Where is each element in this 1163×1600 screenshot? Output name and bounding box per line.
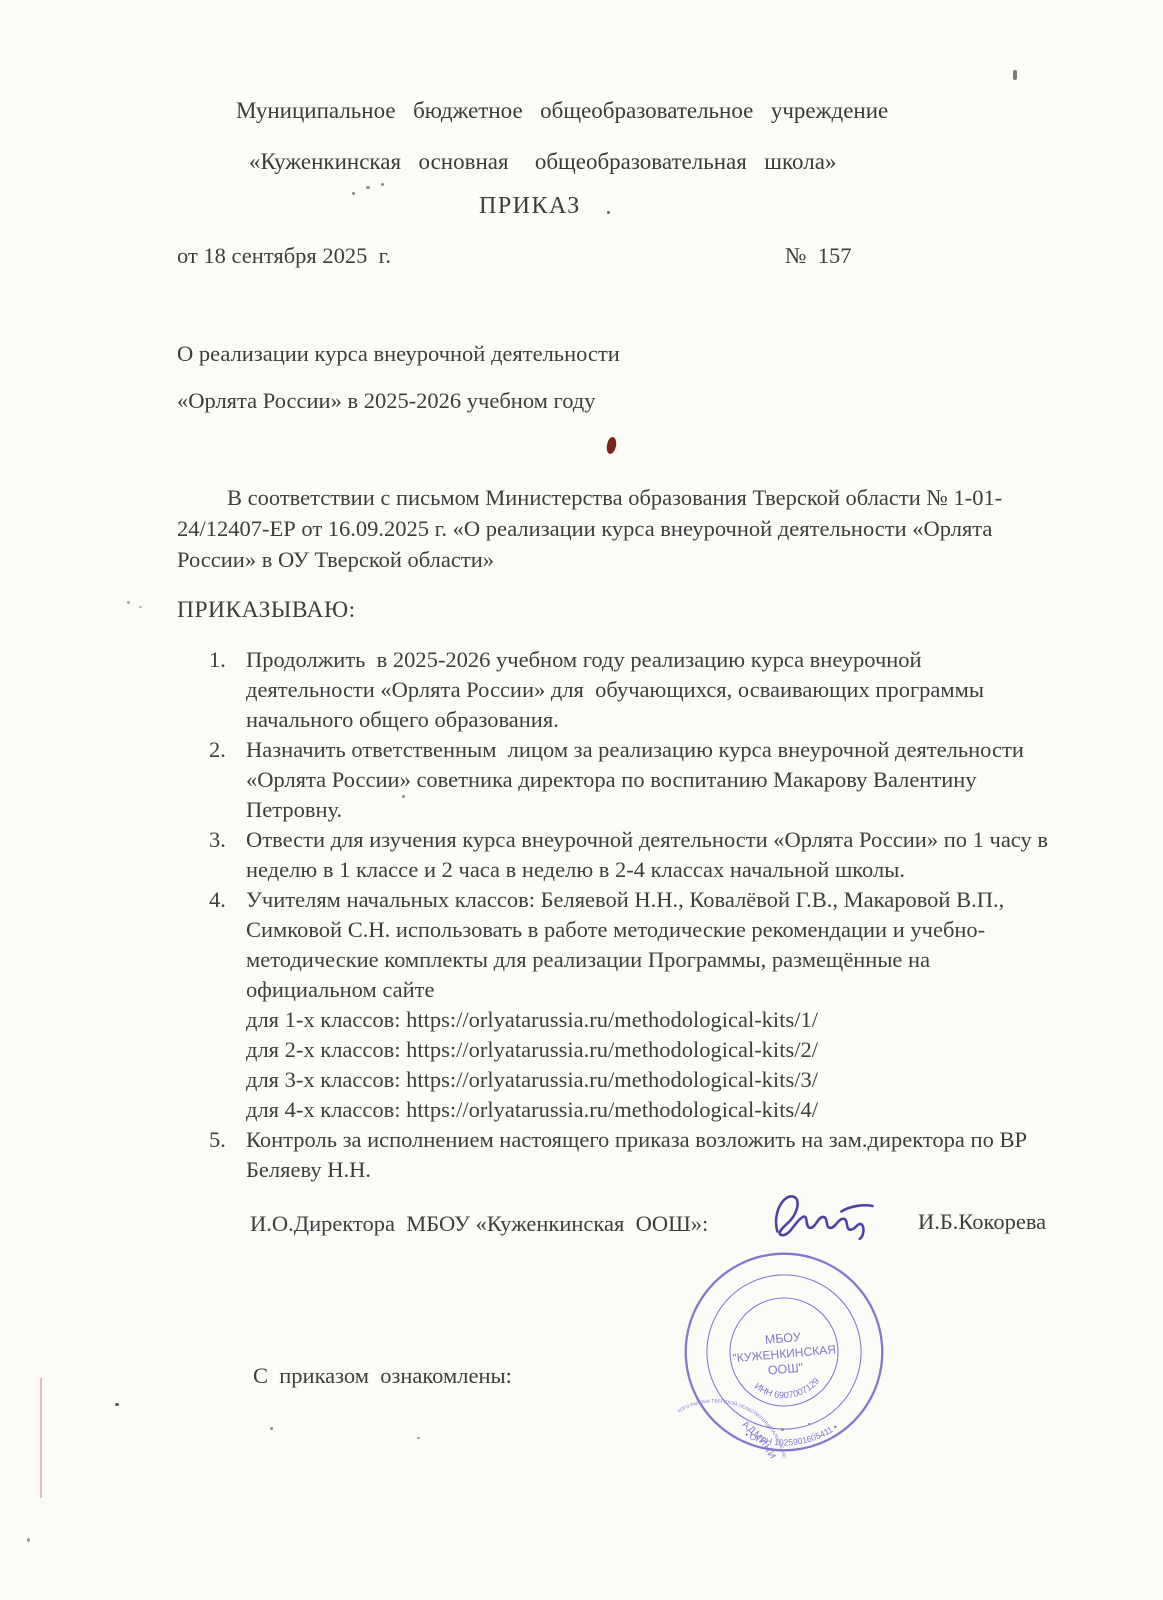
item-text-line: Симковой С.Н. использовать в работе мето… <box>246 915 1069 945</box>
intro-paragraph-line: России» в ОУ Тверской области» <box>177 547 494 573</box>
scan-speck <box>27 1538 30 1542</box>
subject-line1: О реализации курса внеурочной деятельнос… <box>177 340 620 367</box>
scan-speck <box>781 1428 784 1431</box>
item-text-line: «Орлята России» советника директора по в… <box>246 765 1069 795</box>
scan-speck <box>417 1437 420 1439</box>
directive-item: 2. Назначить ответственным лицом за реал… <box>209 735 1069 825</box>
stamp-inn-text: ИНН 6907007129 <box>752 1375 822 1403</box>
signature-name: И.Б.Кокорева <box>918 1208 1046 1235</box>
acknowledgment-label: С приказом ознакомлены: <box>253 1362 512 1389</box>
directive-item: 1. Продолжить в 2025-2026 учебном году р… <box>209 645 1069 735</box>
fold-line-artifact <box>40 1378 42 1498</box>
scan-speck <box>127 601 130 604</box>
item-text-line: неделю в 1 классе и 2 часа в неделю в 2-… <box>246 855 1069 885</box>
scan-speck <box>139 606 142 608</box>
scan-speck <box>1013 70 1017 80</box>
item-number: 5. <box>209 1125 246 1185</box>
signature-scribble <box>763 1184 885 1248</box>
order-number: № 157 <box>785 242 851 269</box>
directive-item: 4. Учителям начальных классов: Беляевой … <box>209 885 1069 1125</box>
item-text-line: Назначить ответственным лицом за реализа… <box>246 735 1069 765</box>
org-name-line1: Муниципальное бюджетное общеобразователь… <box>236 97 888 125</box>
item-number: 4. <box>209 885 246 1125</box>
subject-line2: «Орлята России» в 2025-2026 учебном году <box>177 387 596 414</box>
scan-speck <box>402 795 405 798</box>
org-name-line2: «Куженкинская основная общеобразовательн… <box>249 148 836 176</box>
directive-item: 5. Контроль за исполнением настоящего пр… <box>209 1125 1069 1185</box>
item-text-line: Контроль за исполнением настоящего прика… <box>246 1125 1069 1155</box>
resolve-heading: ПРИКАЗЫВАЮ: <box>177 596 356 624</box>
directive-item: 3. Отвести для изучения курса внеурочной… <box>209 825 1069 885</box>
item-text-line: методические комплекты для реализации Пр… <box>246 945 1069 975</box>
item-text-line: деятельности «Орлята России» для обучающ… <box>246 675 1069 705</box>
intro-paragraph-line: 24/12407-ЕР от 16.09.2025 г. «О реализац… <box>177 516 992 542</box>
directives-list: 1. Продолжить в 2025-2026 учебном году р… <box>209 645 1069 1185</box>
signature-label: И.О.Директора МБОУ «Куженкинская ООШ»: <box>250 1210 708 1237</box>
stamp-center-line3: ООШ" <box>767 1361 803 1378</box>
item-text-line: Беляеву Н.Н. <box>246 1155 1069 1185</box>
ink-stain <box>605 436 617 454</box>
order-title: ПРИКАЗ <box>479 192 581 221</box>
scan-speck <box>270 1427 273 1430</box>
official-stamp: АДМИНИСТРАЦИЯ МУНИЦИПАЛЬНОГО ОБРАЗОВАНИЯ… <box>678 1246 890 1458</box>
methodological-kits-url: для 2-х классов: https://orlyatarussia.r… <box>246 1035 1069 1065</box>
scan-speck <box>808 1423 811 1425</box>
intro-paragraph-line: В соответствии с письмом Министерства об… <box>177 485 1002 511</box>
item-text-line: начального общего образования. <box>246 705 1069 735</box>
order-date: от 18 сентября 2025 г. <box>177 242 391 269</box>
scan-speck <box>352 192 355 195</box>
item-number: 1. <box>209 645 246 735</box>
item-text-line: Продолжить в 2025-2026 учебном году реал… <box>246 645 1069 675</box>
methodological-kits-url: для 1-х классов: https://orlyatarussia.r… <box>246 1005 1069 1035</box>
methodological-kits-url: для 3-х классов: https://orlyatarussia.r… <box>246 1065 1069 1095</box>
item-text-line: Петровну. <box>246 795 1069 825</box>
item-text-line: Отвести для изучения курса внеурочной де… <box>246 825 1069 855</box>
scan-speck <box>381 183 384 186</box>
item-text-line: официальном сайте <box>246 975 1069 1005</box>
scan-speck <box>115 1403 119 1406</box>
stamp-center-line1: МБОУ <box>764 1330 802 1347</box>
methodological-kits-url: для 4-х классов: https://orlyatarussia.r… <box>246 1095 1069 1125</box>
item-number: 2. <box>209 735 246 825</box>
item-text-line: Учителям начальных классов: Беляевой Н.Н… <box>246 885 1069 915</box>
item-number: 3. <box>209 825 246 885</box>
scan-speck <box>607 211 610 214</box>
scan-speck <box>366 186 370 189</box>
